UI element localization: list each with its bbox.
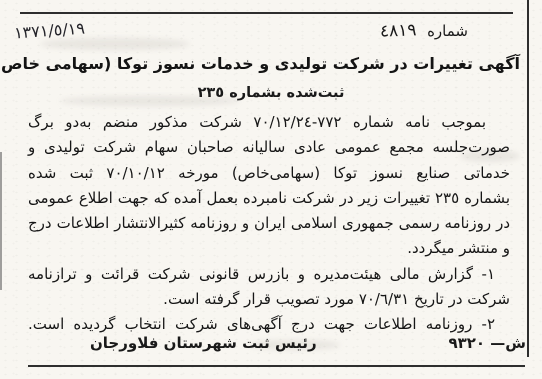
document-number: شماره ٤٨١٩ — [380, 21, 468, 41]
body-line: در روزنامه رسمی جمهوری اسلامی ایران و رو… — [28, 211, 510, 236]
body-line-item-1: ١- گزارش مالی هیئت‌مدیره و بازرس قانونی … — [28, 262, 510, 287]
bottom-rule — [28, 365, 525, 367]
registrar-signature: رئیس ثبت شهرستان فلاورجان — [90, 334, 317, 352]
scan-edge-artifact — [0, 152, 2, 290]
notice-body: بموجب نامه شماره ٧٧٢-٧٠/١٢/٢٤ شرکت مذکور… — [28, 110, 510, 338]
notice-title: آگهی تغییرات در شرکت تولیدی و خدمات نسوز… — [22, 54, 520, 73]
registration-number-line: ثبت‌شده بشماره ٢٣٥ — [22, 85, 520, 101]
body-line: بشماره ٢٣٥ تغییرات زیر در شرکت نامبرده ب… — [28, 186, 510, 211]
top-rule — [20, 12, 513, 14]
body-line: شرکت در تاریخ ٧٠/٦/٣١ مورد تصویب قرار گر… — [28, 287, 510, 312]
document-header: شماره ٤٨١٩ ١٣٧١/٥/١٩ — [14, 21, 468, 41]
document-number-label: شماره — [427, 22, 468, 40]
right-column-rule — [527, 0, 529, 357]
document-number-value: ٤٨١٩ — [379, 20, 416, 41]
document-date-handwritten: ١٣٧١/٥/١٩ — [13, 19, 85, 43]
body-line: صورت‌جلسه مجمع عمومی عادی سالیانه صاحبان… — [28, 135, 510, 160]
body-line: بموجب نامه شماره ٧٧٢-٧٠/١٢/٢٤ شرکت مذکور… — [28, 110, 510, 135]
document-page: شماره ٤٨١٩ ١٣٧١/٥/١٩ آگهی تغییرات در شرک… — [0, 0, 542, 379]
notice-code: ش— ٩٣٢٠ — [448, 334, 526, 352]
body-line: خدماتی صنایع نسوز توکا (سهامی‌خاص) مورخه… — [28, 161, 510, 186]
body-line: و منتشر میگردد. — [28, 236, 510, 261]
document-footer: ش— ٩٣٢٠ رئیس ثبت شهرستان فلاورجان — [28, 334, 526, 352]
